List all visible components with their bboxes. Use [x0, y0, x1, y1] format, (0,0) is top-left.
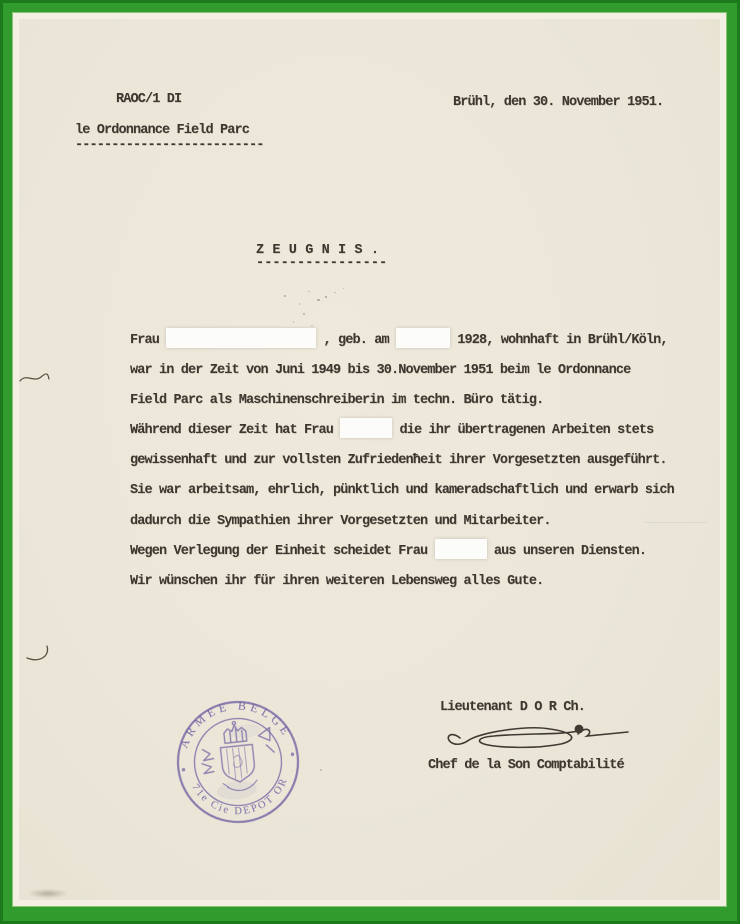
- unit-code: RAOC/1 DI: [116, 92, 181, 107]
- body-text: war in der Zeit von Juni 1949 bis 30.Nov…: [130, 363, 630, 378]
- ink-speckle: [317, 299, 320, 301]
- ink-speckle: [320, 769, 322, 771]
- stamp-left-dot: [182, 768, 186, 772]
- ink-speckle: [325, 296, 327, 298]
- pen-mark: [25, 644, 51, 668]
- ink-speckle: [299, 303, 300, 305]
- body-text: , geb. am: [316, 333, 396, 348]
- signature-ink-blob: [575, 725, 584, 734]
- body-text: Wir wünschen ihr für ihren weiteren Lebe…: [130, 574, 543, 589]
- body-text: 1928, wohnhaft in Brühl/Köln,: [450, 333, 668, 348]
- body-line: Frau , geb. am 1928, wohnhaft in Brühl/K…: [130, 326, 715, 356]
- body-line: Während dieser Zeit hat Frau die ihr übe…: [130, 416, 715, 446]
- handwritten-signature: [440, 717, 632, 757]
- body-line: gewissenhaft und zur vollsten Zufriedenħ…: [130, 446, 715, 476]
- body-text: Während dieser Zeit hat Frau: [130, 423, 340, 438]
- body-text-block: Frau , geb. am 1928, wohnhaft in Brühl/K…: [130, 326, 715, 597]
- document-page: RAOC/1 DI le Ordonnance Field Parc -----…: [0, 0, 740, 924]
- armee-belge-stamp: ARMEE BELGE 271e Cie DEPOT ORD: [167, 691, 310, 834]
- redaction-box: [340, 418, 392, 438]
- body-text: Sie war arbeitsam, ehrlich, pünktlich un…: [130, 483, 674, 498]
- body-line: Wir wünschen ihr für ihren weiteren Lebe…: [130, 567, 715, 597]
- stamp-right-dot: [291, 752, 295, 756]
- body-line: Sie war arbeitsam, ehrlich, pünktlich un…: [130, 476, 715, 506]
- date-line: Brühl, den 30. November 1951.: [453, 95, 663, 110]
- title-underline: ----------------: [256, 259, 387, 269]
- signatory-rank: Lieutenant D O R Ch.: [440, 700, 585, 715]
- shield: [220, 744, 256, 783]
- body-line: Field Parc als Maschinenschreiberin im t…: [130, 386, 715, 416]
- body-text: die ihr übertragenen Arbeiten stets: [392, 423, 653, 438]
- paper-crease: [645, 522, 707, 523]
- unit-underline: --------------------------: [75, 141, 264, 151]
- crown-orb: [232, 721, 236, 725]
- body-text: gewissenhaft und zur vollsten Zufriedenħ…: [130, 453, 667, 468]
- body-text: Wegen Verlegung der Einheit scheidet Fra…: [130, 544, 435, 559]
- body-line: dadurch die Sympathien ihrer Vorgesetzte…: [130, 507, 715, 537]
- ink-speckle: [343, 288, 344, 289]
- redaction-box: [435, 539, 487, 559]
- body-line: war in der Zeit von Juni 1949 bis 30.Nov…: [130, 356, 715, 386]
- body-text: dadurch die Sympathien ihrer Vorgesetzte…: [130, 514, 551, 529]
- redaction-box: [396, 328, 450, 348]
- ink-speckle: [293, 321, 294, 323]
- ink-speckle: [284, 295, 286, 297]
- body-text: Frau: [130, 333, 166, 348]
- document-content: RAOC/1 DI le Ordonnance Field Parc -----…: [3, 3, 737, 921]
- body-line: Wegen Verlegung der Einheit scheidet Fra…: [130, 537, 715, 567]
- ink-speckle: [308, 291, 310, 292]
- pen-mark: [18, 370, 52, 388]
- ink-speckle: [303, 313, 305, 315]
- redaction-box: [166, 328, 316, 348]
- left-ornament: [201, 749, 215, 774]
- signatory-role: Chef de la Son Comptabilité: [428, 758, 624, 773]
- body-text: Field Parc als Maschinenschreiberin im t…: [130, 393, 543, 408]
- unit-name: le Ordonnance Field Parc: [75, 123, 249, 138]
- ink-speckle: [334, 292, 336, 293]
- faint-watermark: [29, 889, 67, 898]
- shield-stripes: [227, 747, 248, 779]
- body-text: aus unseren Diensten.: [487, 544, 647, 559]
